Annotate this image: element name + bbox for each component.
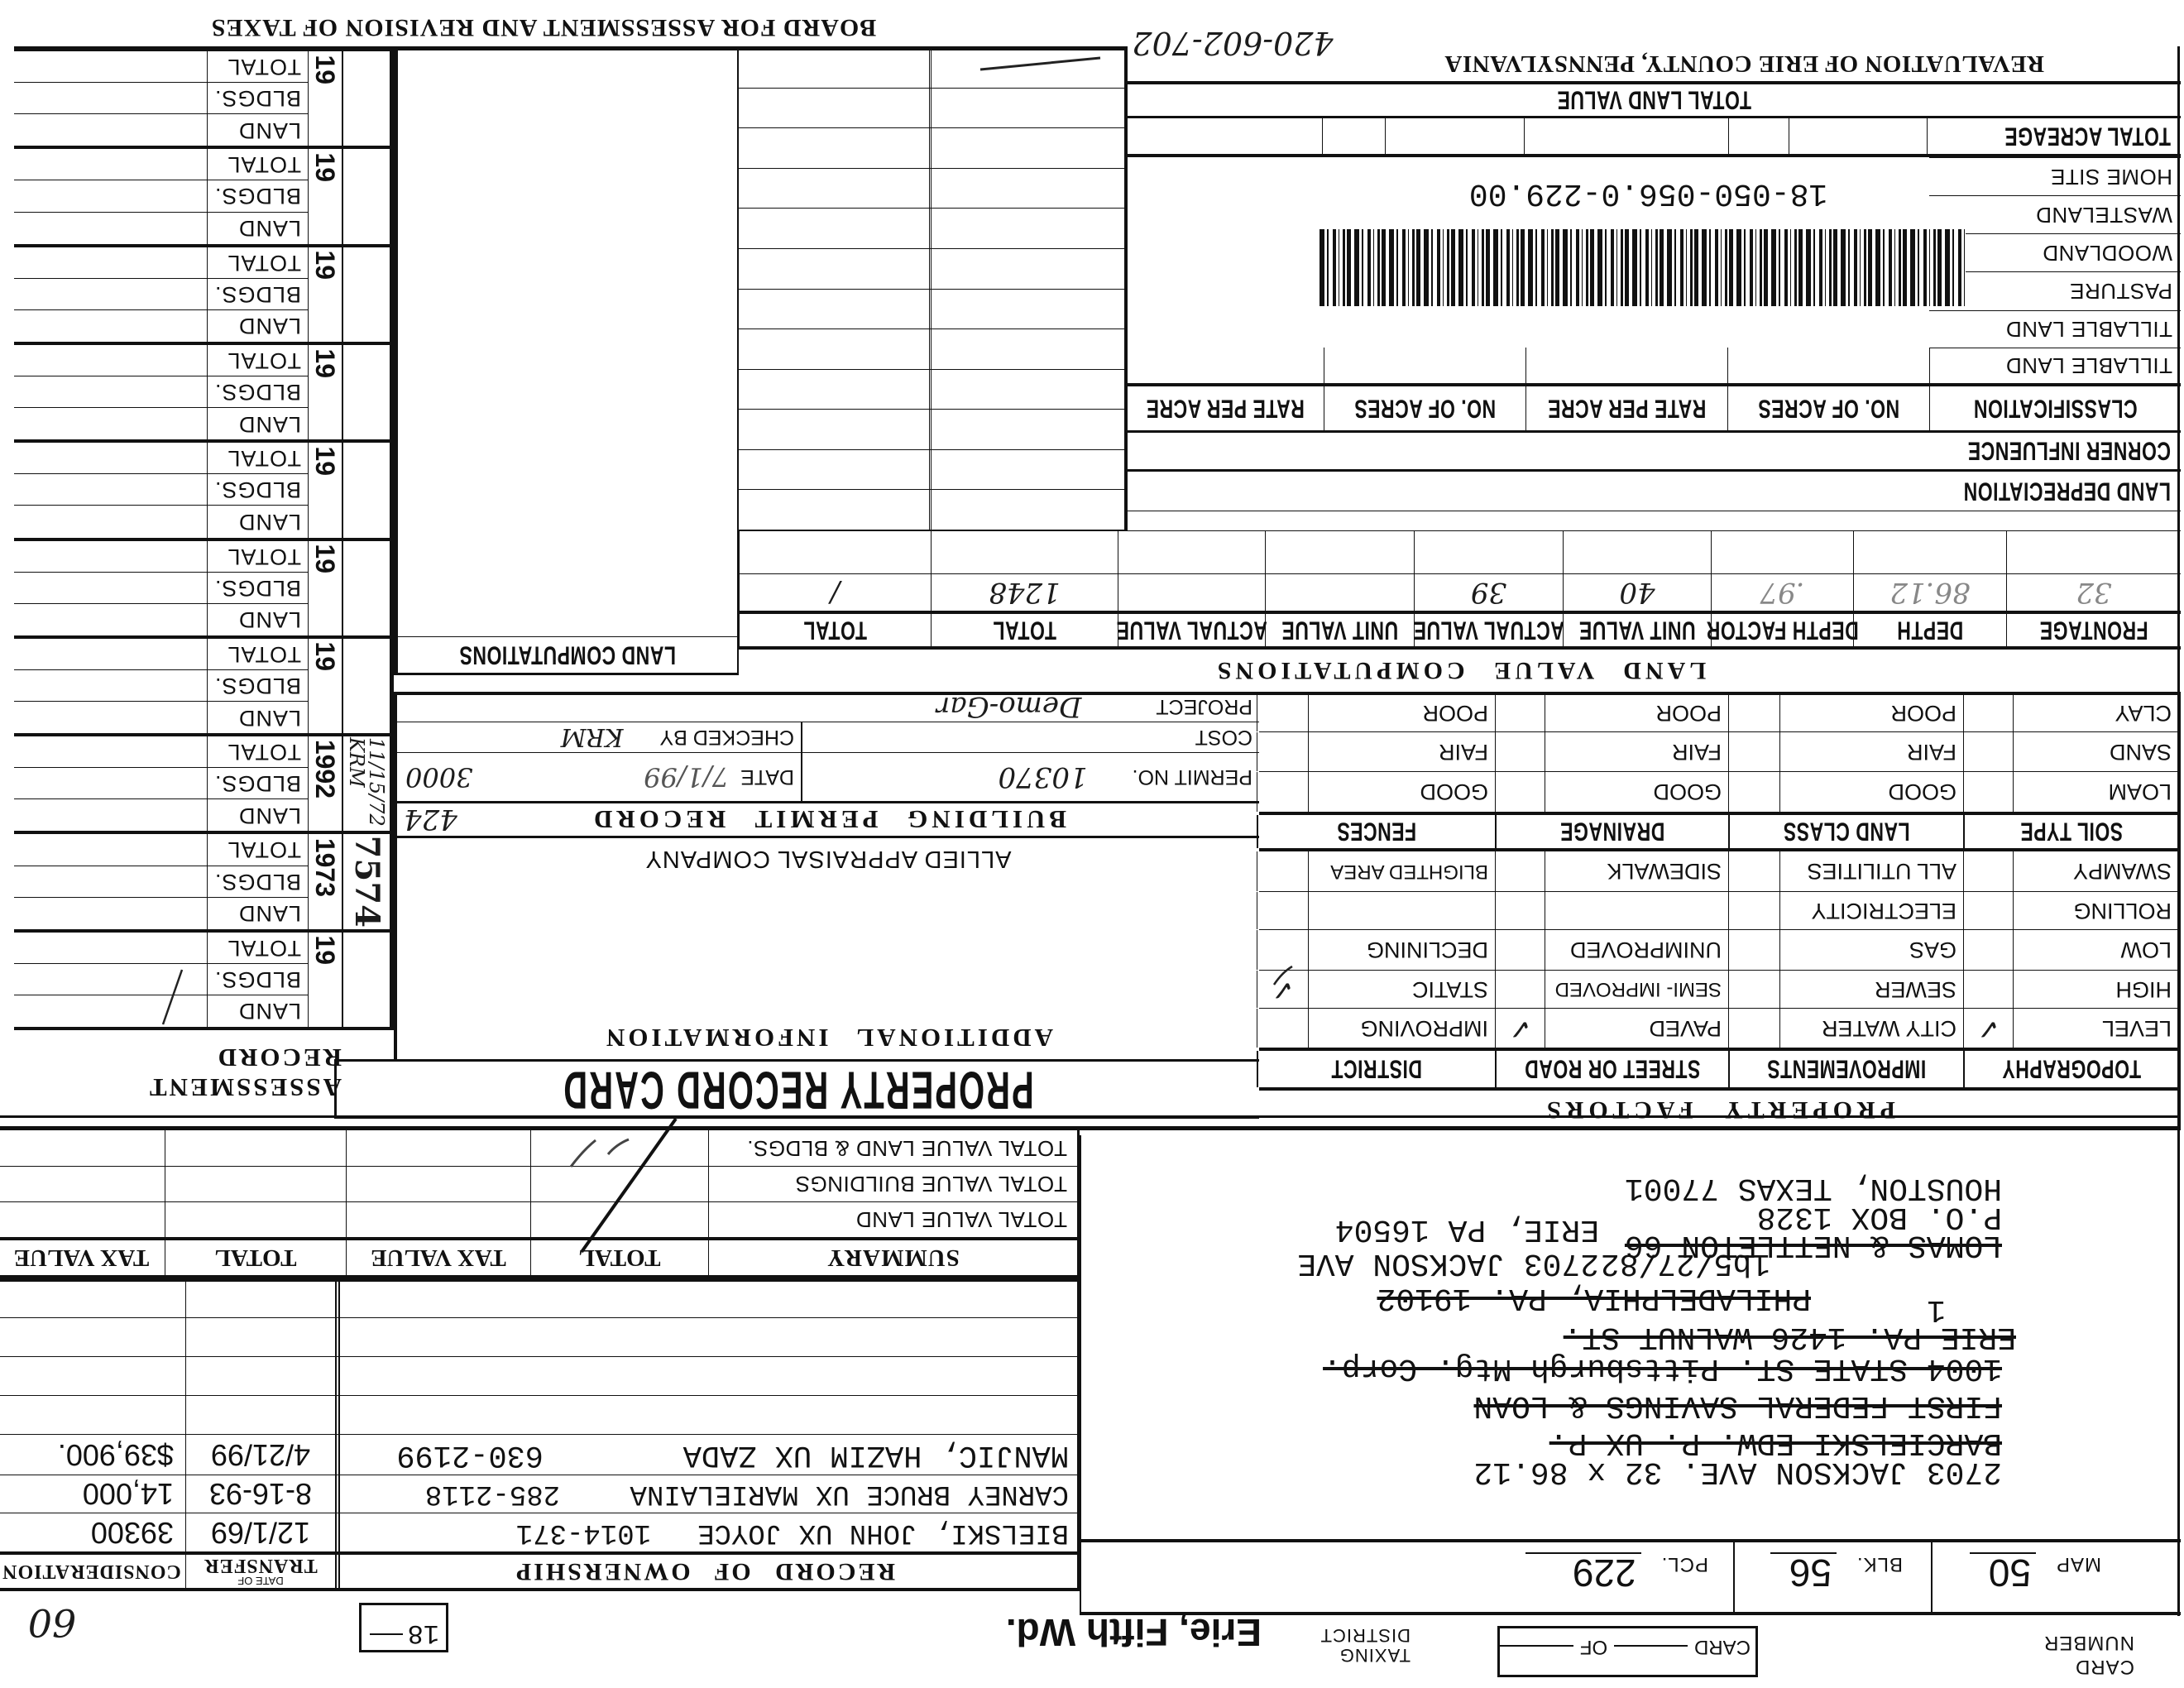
bldgs-value [14, 180, 207, 212]
assessment-year-text: 19 [312, 642, 338, 672]
assessment-year-text: 1992 [312, 740, 338, 798]
totals-cell [929, 209, 1124, 248]
summary-cell [165, 1130, 346, 1166]
total-label: TOTAL [208, 639, 308, 670]
taxing-district-label-line: TAXING [1286, 1645, 1410, 1665]
col-label: IMPROVEMENTS [1767, 1054, 1927, 1084]
factor-label: GOOD [1779, 772, 1963, 812]
factor-label: POOR [1545, 695, 1728, 731]
factors-row: ROLLING ELECTRICITY [1259, 891, 2178, 929]
parcel-number: 18-050-056.0-229.00 [1460, 179, 1837, 209]
bldgs-value [14, 866, 207, 898]
land-value [14, 898, 207, 929]
property-factors-table: PROPERTY FACTORS TOPOGRAPHY IMPROVEMENTS… [1259, 692, 2181, 1129]
assessment-year-text: 19 [312, 55, 338, 84]
factor-checkbox [1728, 772, 1779, 812]
land-computations-label: LAND COMPUTATIONS [459, 640, 676, 669]
no-of-acres-header-2: NO. OF ACRES [1324, 386, 1525, 430]
totals-row [739, 169, 1124, 209]
assessment-note [342, 345, 394, 439]
totals-row [739, 290, 1124, 330]
factor-label: SWAMPY [2013, 851, 2178, 891]
bldgs-value [14, 768, 207, 799]
factor-checkbox [1495, 930, 1545, 970]
col-label: FENCES [1337, 817, 1416, 846]
deed-reference: 1014-371 [516, 1517, 651, 1548]
totals-cell [737, 329, 929, 369]
assessment-note: 11/15/72 KRM [342, 736, 394, 831]
total-value [14, 834, 207, 866]
col-actual-value-2: ACTUAL VALUE [1118, 614, 1265, 646]
transfer-date: 4/21/99 [185, 1435, 335, 1475]
factor-label: UNIMPROVED [1545, 930, 1728, 970]
summary-header-row: SUMMARY TOTAL TAX VALUE TOTAL TAX VALUE [0, 1237, 1077, 1278]
totals-cell [737, 48, 929, 88]
assessment-group: 19 LANDBLDGS.TOTAL [14, 639, 394, 736]
assessment-year: 1992 [308, 736, 342, 831]
assessment-row-labels: LANDBLDGS.TOTAL [207, 51, 308, 146]
assessment-note [342, 247, 394, 342]
soil-type-header: SOIL TYPE [1963, 815, 2178, 848]
totals-cell [737, 128, 929, 168]
total-label: TOTAL [208, 247, 308, 279]
soil-row: CLAY POOR POOR POOR [1259, 695, 2178, 731]
permit-date-row: PERMIT NO.10370 DATE7/1/993000 [397, 752, 1259, 801]
factor-checkbox [1728, 1009, 1779, 1048]
cell [1126, 118, 1322, 154]
assessment-year: 19 [308, 639, 342, 733]
classification-row: TILLABLE LAND [1128, 348, 2181, 383]
ward-number: 18 [408, 1618, 439, 1648]
transfer-date: 12/1/69 [185, 1513, 335, 1551]
ownership-header-row: RECORD OF OWNERSHIP DATE OFTRANSFER CONS… [0, 1551, 1077, 1591]
factor-checkbox [1495, 772, 1545, 812]
address-line-struck: ERIE PA. 1426 WALNUT ST. [1564, 1321, 2016, 1352]
col-label: STREET OR ROAD [1525, 1054, 1701, 1084]
date-label: DATE [740, 765, 794, 789]
col-label: NO. OF ACRES [1758, 393, 1899, 423]
total-label: TOTAL [208, 541, 308, 573]
total-label: TOTAL [208, 443, 308, 474]
summary-cell [530, 1202, 708, 1237]
factor-checkbox [1963, 695, 2013, 731]
bldgs-value [14, 573, 207, 604]
summary-label: TOTAL VALUE BUILDINGS [708, 1167, 1077, 1201]
total-value [14, 443, 207, 474]
ownership-title: RECORD OF OWNERSHIP [335, 1555, 1077, 1588]
classification-label: TILLABLE LAND [1929, 310, 2181, 348]
factors-row: HIGH SEWER SEMI- IMPROVED STATIC✓ [1259, 970, 2178, 1008]
col-total-2: TOTAL [739, 614, 931, 646]
land-computations-header: LAND COMPUTATIONS [398, 636, 737, 673]
corner-handwritten-note: 60 [15, 1599, 89, 1647]
bldgs-label: BLDGS. [208, 573, 308, 604]
assessment-note [342, 639, 394, 733]
rate-per-acre-header: RATE PER ACRE [1525, 386, 1727, 430]
factor-checkbox [1257, 930, 1308, 970]
factor-label: GOOD [1308, 772, 1495, 812]
bldgs-label: BLDGS. [208, 474, 308, 506]
board-title: BOARD FOR ASSESSMENT AND REVISION OF TAX… [192, 10, 895, 45]
assessment-group: 19 LANDBLDGS.TOTAL [14, 149, 394, 247]
assessment-note [342, 933, 394, 1027]
checked-by-value: KRM [561, 723, 624, 752]
totals-cell [929, 249, 1124, 289]
summary-cell [0, 1130, 165, 1166]
bldgs-value [14, 83, 207, 114]
factors-row: LEVEL✓ CITY WATER PAVED✓ IMPROVING [1259, 1008, 2178, 1048]
card-label: CARD [1694, 1635, 1751, 1658]
total-value [14, 247, 207, 279]
col-label: UNIT VALUE [1281, 615, 1398, 645]
col-label: SOIL TYPE [2020, 817, 2123, 846]
factor-label: LEVEL [2013, 1009, 2178, 1048]
owner-cell [335, 1282, 1077, 1317]
consideration [0, 1396, 185, 1434]
assessment-row-labels: LANDBLDGS.TOTAL [207, 345, 308, 439]
assessment-row-labels: LANDBLDGS.TOTAL [207, 834, 308, 928]
ownership-row [0, 1356, 1077, 1395]
totals-cell [737, 370, 929, 410]
col-label: CLASSIFICATION [1973, 393, 2137, 423]
totals-cell [929, 169, 1124, 209]
soil-header-row: SOIL TYPE LAND CLASS DRAINAGE FENCES [1259, 812, 2178, 848]
assessment-note-text: 7574 [350, 836, 383, 928]
factor-checkbox [1728, 892, 1779, 929]
taxing-district-label: TAXINGDISTRICT [1286, 1623, 1410, 1665]
factor-checkbox: ✓ [1495, 1009, 1545, 1048]
deed-reference: 630-2199 [396, 1437, 544, 1472]
parcel-label: PCL. [1661, 1552, 1708, 1575]
address-line-struck: BARCIELSKI EDW. P. UX P. [1549, 1427, 2002, 1458]
totals-cell [737, 209, 929, 248]
factors-row: SWAMPY ALL UTILITIES SIDEWALK BLIGHTED A… [1259, 848, 2178, 891]
factor-label: STATIC [1308, 971, 1495, 1008]
totals-row [739, 329, 1124, 370]
ownership-row: MANJIC, HAZIM UX ZADA630-2199 4/21/99 $3… [0, 1434, 1077, 1475]
factor-checkbox: ✓ [1963, 1009, 2013, 1048]
totals-cell [737, 169, 929, 209]
totals-cell [737, 290, 929, 329]
consideration [0, 1318, 185, 1356]
total-header: TOTAL [530, 1240, 708, 1275]
parcel-value: 229 [1525, 1552, 1641, 1592]
land-label: LAND [208, 898, 308, 929]
assessment-note [342, 149, 394, 243]
taxing-district-label-line: DISTRICT [1286, 1625, 1410, 1645]
actual-value: 39 [1414, 574, 1563, 611]
block-label: BLK. [1856, 1552, 1903, 1575]
factor-label: LOW [2013, 930, 2178, 970]
total-value [14, 639, 207, 670]
bldgs-value [14, 474, 207, 506]
factor-label: BLIGHTED AREA [1308, 851, 1495, 891]
assessment-values [14, 933, 207, 1027]
total-value [14, 736, 207, 768]
permit-no-label: PERMIT NO. [1133, 765, 1252, 789]
assessment-year: 19 [308, 443, 342, 537]
land-value [14, 310, 207, 342]
property-record-card-scan: BOARD FOR ASSESSMENT AND REVISION OF TAX… [0, 0, 2184, 1688]
corner-influence-label: CORNER INFLUENCE [1967, 436, 2181, 466]
land-value-header-row: FRONTAGE DEPTH DEPTH FACTOR UNIT VALUE A… [739, 611, 2181, 650]
assessment-values [14, 247, 207, 342]
factor-checkbox [1963, 971, 2013, 1008]
totals-cell [737, 410, 929, 449]
cell [1524, 118, 1728, 154]
blank-row [1128, 511, 2181, 530]
factor-checkbox [1495, 732, 1545, 771]
revaluation-title: REVALUATION OF ERIE COUNTY, PENNSYLVANIA [1128, 46, 2181, 81]
transfer-date [185, 1357, 335, 1395]
assessment-group: 19 LANDBLDGS.TOTAL [14, 51, 394, 149]
col-label: RATE PER ACRE [1548, 393, 1707, 423]
totals-cell [929, 290, 1124, 329]
assessment-note [342, 443, 394, 537]
owner-name: MANJIC, HAZIM UX ZADA [683, 1437, 1069, 1472]
factors-header-row: TOPOGRAPHY IMPROVEMENTS STREET OR ROAD D… [1259, 1048, 2178, 1087]
classification-header-row: CLASSIFICATION NO. OF ACRES RATE PER ACR… [1128, 383, 2181, 430]
of-label: OF [1580, 1635, 1607, 1658]
summary-label: TOTAL VALUE LAND & BLDGS. [708, 1130, 1077, 1166]
date-of-transfer-header: DATE OFTRANSFER [185, 1555, 335, 1588]
bldgs-value [14, 376, 207, 408]
classification-label: TILLABLE LAND [1929, 348, 2181, 383]
unit-value: 40 [1563, 574, 1711, 611]
factor-checkbox [1495, 695, 1545, 731]
total-value [14, 541, 207, 573]
ownership-row [0, 1317, 1077, 1356]
transfer-date [185, 1396, 335, 1434]
assessment-year: 19 [308, 51, 342, 146]
total-label: TOTAL [208, 51, 308, 83]
transfer-date [185, 1282, 335, 1317]
checked-by-label: CHECKED BY [659, 726, 794, 750]
classification-label: PASTURE [1929, 271, 2181, 310]
bldgs-label: BLDGS. [208, 964, 308, 995]
assessment-row-labels: LANDBLDGS.TOTAL [207, 247, 308, 342]
address-line: HOUSTON, TEXAS 77001 [1625, 1172, 2002, 1203]
tax-value-header: TAX VALUE [346, 1240, 530, 1275]
card-blank [1614, 1645, 1688, 1647]
building-permit-note: 424 [404, 803, 457, 836]
land-value [14, 604, 207, 635]
totals-row [739, 370, 1124, 410]
land-value [14, 506, 207, 537]
bldgs-label: BLDGS. [208, 83, 308, 114]
cell [1385, 118, 1524, 154]
land-label: LAND [208, 310, 308, 342]
summary-cell [346, 1202, 530, 1237]
assessment-values [14, 834, 207, 928]
land-label: LAND [208, 114, 308, 146]
total-label: TOTAL [208, 834, 308, 866]
improvements-header: IMPROVEMENTS [1728, 1051, 1963, 1087]
land-label: LAND [208, 702, 308, 733]
totals-cell [929, 490, 1124, 530]
address-line-struck: 1004 STATE ST. Pittsburgh Mtg. Corp. [1323, 1352, 2002, 1383]
col-label: TOPOGRAPHY [2002, 1054, 2141, 1084]
assessment-year-text: 19 [312, 544, 338, 574]
no-of-acres-header: NO. OF ACRES [1727, 386, 1929, 430]
building-permit-header: BUILDING PERMIT RECORD 424 [397, 801, 1259, 836]
assessment-record-grid: 19 LANDBLDGS.TOTAL 7574 1973 LANDBLDGS.T… [14, 48, 394, 1030]
additional-information-area: ADDITIONAL INFORMATION ALLIED APPRAISAL … [397, 836, 1259, 1059]
factor-label: HIGH [2013, 971, 2178, 1008]
consideration [0, 1282, 185, 1317]
summary-cell [530, 1130, 708, 1166]
ward-box: 18 [359, 1603, 448, 1652]
cell [1789, 118, 1927, 154]
owner-cell [335, 1396, 1077, 1434]
total-acreage-cell: TOTAL ACREAGE [1927, 118, 2181, 154]
parcel-cell: PCL.229 [1080, 1542, 1733, 1612]
factor-label: GAS [1779, 930, 1963, 970]
ownership-row: BIELSKI, JOHN UX JOYCE1014-371 12/1/69 3… [0, 1513, 1077, 1551]
factor-label [1308, 892, 1495, 929]
totals-row [739, 249, 1124, 290]
actual-value-2 [1118, 531, 1265, 573]
factor-label: LOAM [2013, 772, 2178, 812]
factor-checkbox [1963, 851, 2013, 891]
factor-label: SAND [2013, 732, 2178, 771]
total-value [14, 51, 207, 83]
total-value [14, 345, 207, 376]
factor-checkbox [1963, 772, 2013, 812]
deed-reference: 285-2118 [425, 1479, 560, 1510]
classification-label: HOME SITE [1929, 157, 2181, 195]
factor-checkbox [1963, 732, 2013, 771]
factor-checkbox [1257, 892, 1308, 929]
block-value: 56 [1770, 1552, 1837, 1592]
total-label: TOTAL [208, 345, 308, 376]
assessment-group: 7574 1973 LANDBLDGS.TOTAL [14, 834, 394, 932]
factor-label: SEMI- IMPROVED [1545, 971, 1728, 1008]
summary-row: TOTAL VALUE LAND [0, 1201, 1077, 1237]
card-number-label-line: NUMBER [2035, 1630, 2134, 1654]
col-label: ACTUAL VALUE [1413, 615, 1564, 645]
factor-label: ELECTRICITY [1779, 892, 1963, 929]
assessment-note [342, 51, 394, 146]
total-value [931, 531, 1118, 573]
assessment-year: 1973 [308, 834, 342, 928]
address-line: 2703 JACKSON AVE [1297, 1247, 1599, 1278]
depth-value [1853, 531, 2006, 573]
permit-no-cell: PERMIT NO.10370 [801, 753, 1259, 801]
cell [1128, 310, 1929, 348]
factor-checkbox [1963, 930, 2013, 970]
factor-label: GOOD [1545, 772, 1728, 812]
rate-per-acre-header-2: RATE PER ACRE [1126, 386, 1324, 430]
land-depreciation-label: LAND DEPRECIATION [1963, 476, 2181, 506]
assessment-row-labels: LANDBLDGS.TOTAL [207, 541, 308, 635]
assessment-row-labels: LANDBLDGS.TOTAL [207, 639, 308, 733]
totals-cell [929, 370, 1124, 410]
property-factors-title: PROPERTY FACTORS [1259, 1087, 2178, 1129]
map-cell: MAP50 [1931, 1542, 2181, 1612]
factor-checkbox [1257, 695, 1308, 731]
record-of-ownership-table: RECORD OF OWNERSHIP DATE OFTRANSFER CONS… [0, 1278, 1080, 1591]
bldgs-label: BLDGS. [208, 768, 308, 799]
land-value [14, 213, 207, 244]
address-line: 1 [1927, 1293, 1946, 1325]
totals-row [739, 209, 1124, 249]
project-row: PROJECT Demo-Gar [397, 692, 1259, 722]
col-label: DEPTH [1897, 615, 1963, 645]
col-label: TOTAL [993, 615, 1056, 645]
land-value-row: 32 86.12 .97 40 39 1248 / [739, 573, 2181, 611]
building-permit-section: ADDITIONAL INFORMATION ALLIED APPRAISAL … [394, 692, 1259, 1059]
factor-label: SEWER [1779, 971, 1963, 1008]
land-label: LAND [208, 506, 308, 537]
totals-row [739, 89, 1124, 129]
totals-cell [929, 48, 1124, 88]
land-value [14, 799, 207, 831]
totals-cell [929, 450, 1124, 490]
land-value [14, 114, 207, 146]
totals-cell [929, 410, 1124, 449]
corner-influence-row: CORNER INFLUENCE [1128, 430, 2181, 469]
factor-checkbox [1963, 892, 2013, 929]
factor-label: FAIR [1779, 732, 1963, 771]
consideration: $39,900. [0, 1435, 185, 1475]
factor-checkbox [1257, 851, 1308, 891]
assessment-year: 19 [308, 541, 342, 635]
assessment-group: 19 LANDBLDGS.TOTAL [14, 345, 394, 443]
summary-label: TOTAL VALUE LAND [708, 1202, 1077, 1237]
property-record-card-title: PROPERTY RECORD CARD [562, 1059, 1033, 1119]
summary-table: SUMMARY TOTAL TAX VALUE TOTAL TAX VALUE … [0, 1130, 1080, 1278]
total-value: 1248 [931, 574, 1118, 611]
summary-cell [0, 1167, 165, 1201]
date-cell: DATE7/1/993000 [394, 753, 801, 801]
drainage-header: DRAINAGE [1495, 815, 1728, 848]
factor-label: SIDEWALK [1545, 851, 1728, 891]
bldgs-value [14, 964, 207, 995]
tax-value-header-2: TAX VALUE [0, 1240, 165, 1275]
assessment-row-labels: LANDBLDGS.TOTAL [207, 443, 308, 537]
checked-by-cell: CHECKED BYKRM [394, 722, 801, 752]
land-value [14, 408, 207, 439]
land-value [14, 995, 207, 1027]
total-value [14, 149, 207, 180]
assessment-values [14, 736, 207, 831]
factor-checkbox: ✓ [1257, 971, 1308, 1008]
totals-cell [737, 450, 929, 490]
classification-label: WASTELAND [1929, 195, 2181, 233]
card-number-label: CARDNUMBER [2035, 1623, 2134, 1678]
transfer-date: 8-16-93 [185, 1475, 335, 1513]
col-total: TOTAL [931, 614, 1118, 646]
cell [1322, 118, 1385, 154]
date-of-label: DATE OF [237, 1576, 283, 1587]
appraiser-name: ALLIED APPRAISAL COMPANY [397, 845, 1259, 872]
factor-checkbox [1257, 732, 1308, 771]
totals-cell [929, 89, 1124, 128]
total-value [14, 933, 207, 964]
col-actual-value: ACTUAL VALUE [1414, 614, 1563, 646]
consideration-header: CONSIDERATION [0, 1555, 185, 1588]
factor-checkbox [1495, 851, 1545, 891]
factor-label: ROLLING [2013, 892, 2178, 929]
actual-value-2 [1118, 574, 1265, 611]
land-value-table: FRONTAGE DEPTH DEPTH FACTOR UNIT VALUE A… [739, 530, 2181, 650]
factor-checkbox [1495, 892, 1545, 929]
assessment-group: 19 LANDBLDGS.TOTAL [14, 247, 394, 345]
factor-label: CITY WATER [1779, 1009, 1963, 1048]
assessment-record-title: ASSESSMENT RECORD [14, 1030, 342, 1115]
factor-checkbox [1728, 732, 1779, 771]
